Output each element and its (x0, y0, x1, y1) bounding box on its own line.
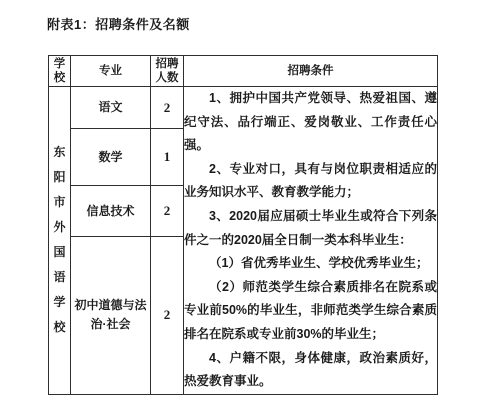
condition-paragraph-3-item-2: （2）师范类学生综合素质排名在院系或专业前50%的毕业生，非师范类学生综合素质排… (184, 276, 437, 347)
col-header-conditions: 招聘条件 (184, 56, 438, 87)
quota-cell-morality-society: 2 (151, 237, 184, 395)
page-title: 附表1：招聘条件及名额 (47, 14, 190, 33)
col-header-school: 学校 (49, 56, 71, 87)
table-row: 东阳市外国语学校 语文 2 1、拥护中国共产党领导、热爱祖国、遵纪守法、品行端正… (49, 87, 438, 129)
school-name-cell: 东阳市外国语学校 (49, 87, 71, 395)
conditions-cell: 1、拥护中国共产党领导、热爱祖国、遵纪守法、品行端正、爱岗敬业、工作责任心强。 … (184, 87, 438, 395)
table-header-row: 学校 专业 招聘人数 招聘条件 (49, 56, 438, 87)
col-header-major: 专业 (71, 56, 151, 87)
quota-cell-chinese: 2 (151, 87, 184, 129)
major-cell-it: 信息技术 (71, 186, 151, 237)
condition-paragraph-3: 3、2020届应届硕士毕业生或符合下列条件之一的2020届全日制一类本科毕业生： (184, 205, 437, 252)
col-header-quota: 招聘人数 (151, 56, 184, 87)
quota-cell-it: 2 (151, 186, 184, 237)
document-page: 附表1：招聘条件及名额 学校 专业 招聘人数 招聘条件 东阳市外国语学校 语文 … (0, 0, 500, 409)
condition-paragraph-3-item-1: （1）省优秀毕业生、学校优秀毕业生； (184, 252, 437, 276)
recruitment-table: 学校 专业 招聘人数 招聘条件 东阳市外国语学校 语文 2 1、拥护中国共产党领… (48, 55, 438, 395)
condition-paragraph-2: 2、专业对口，具有与岗位职责相适应的业务知识水平、教育教学能力； (184, 158, 437, 205)
condition-paragraph-4: 4、户籍不限，身体健康，政治素质好，热爱教育事业。 (184, 347, 437, 394)
condition-paragraph-1: 1、拥护中国共产党领导、热爱祖国、遵纪守法、品行端正、爱岗敬业、工作责任心强。 (184, 87, 437, 158)
quota-cell-math: 1 (151, 129, 184, 186)
major-cell-chinese: 语文 (71, 87, 151, 129)
major-cell-morality-society: 初中道德与法治·社会 (71, 237, 151, 395)
major-cell-math: 数学 (71, 129, 151, 186)
